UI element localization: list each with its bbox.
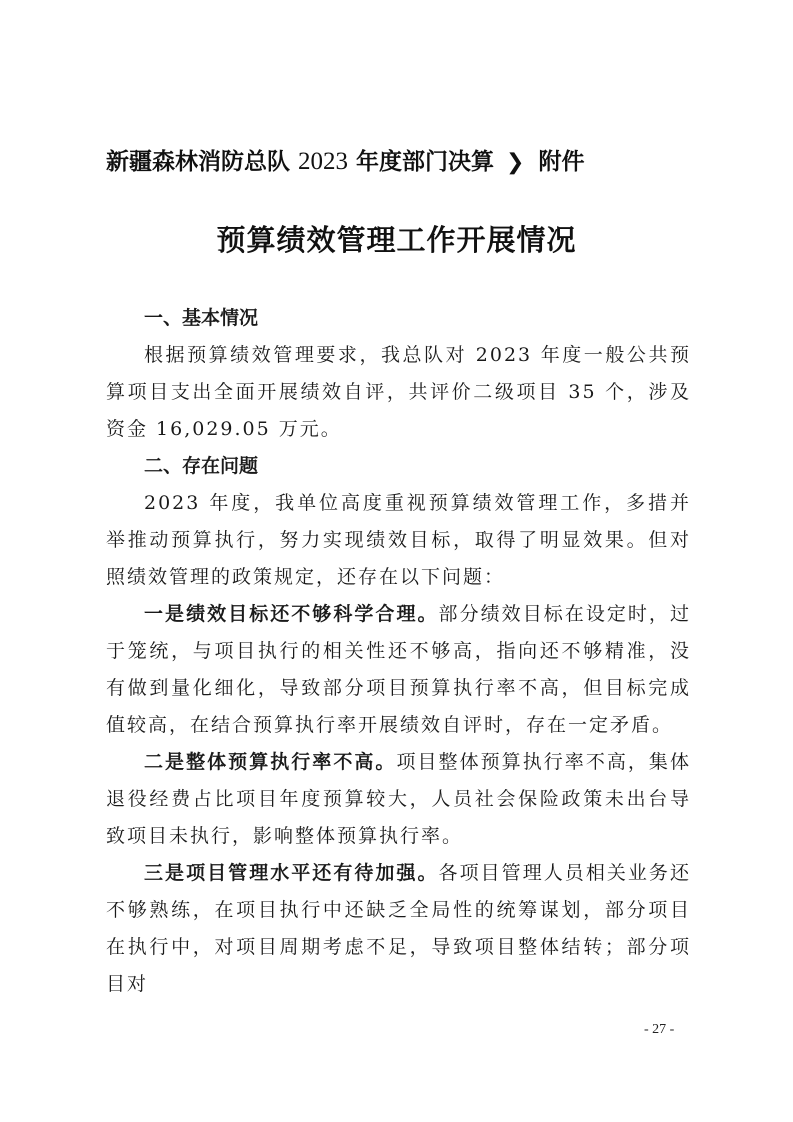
- section-heading-issues: 二、存在问题: [106, 448, 691, 485]
- paragraph-issues-intro: 2023 年度，我单位高度重视预算绩效管理工作，多措并举推动预算执行，努力实现绩…: [106, 485, 691, 596]
- paragraph-issue-3: 三是项目管理水平还有待加强。各项目管理人员相关业务还不够熟练，在项目执行中还缺乏…: [106, 855, 691, 1003]
- running-header: 新疆森林消防总队 2023 年度部门决算 ❯ 附件: [106, 143, 585, 176]
- paragraph-lead: 三是项目管理水平还有待加强。: [144, 862, 439, 884]
- paragraph-issue-2: 二是整体预算执行率不高。项目整体预算执行率不高，集体退役经费占比项目年度预算较大…: [106, 744, 691, 855]
- paragraph-text: 2023 年度，我单位高度重视预算绩效管理工作，多措并举推动预算执行，努力实现绩…: [106, 492, 691, 588]
- document-body: 一、基本情况 根据预算绩效管理要求，我总队对 2023 年度一般公共预算项目支出…: [106, 300, 691, 1003]
- paragraph-issue-1: 一是绩效目标还不够科学合理。部分绩效目标在设定时，过于笼统，与项目执行的相关性还…: [106, 596, 691, 744]
- header-year: 2023: [298, 148, 348, 175]
- paragraph-text: 根据预算绩效管理要求，我总队对 2023 年度一般公共预算项目支出全面开展绩效自…: [106, 344, 691, 440]
- paragraph-basic-info: 根据预算绩效管理要求，我总队对 2023 年度一般公共预算项目支出全面开展绩效自…: [106, 337, 691, 448]
- header-suffix: 年度部门决算: [356, 149, 494, 175]
- page-number: - 27 -: [644, 1022, 674, 1038]
- section-heading-basic-info: 一、基本情况: [106, 300, 691, 337]
- chevron-right-icon: ❯: [506, 150, 524, 175]
- document-title: 预算绩效管理工作开展情况: [0, 218, 793, 259]
- paragraph-lead: 一是绩效目标还不够科学合理。: [144, 603, 439, 625]
- paragraph-lead: 二是整体预算执行率不高。: [144, 751, 396, 773]
- header-section: 附件: [539, 149, 585, 175]
- header-prefix: 新疆森林消防总队: [106, 149, 290, 175]
